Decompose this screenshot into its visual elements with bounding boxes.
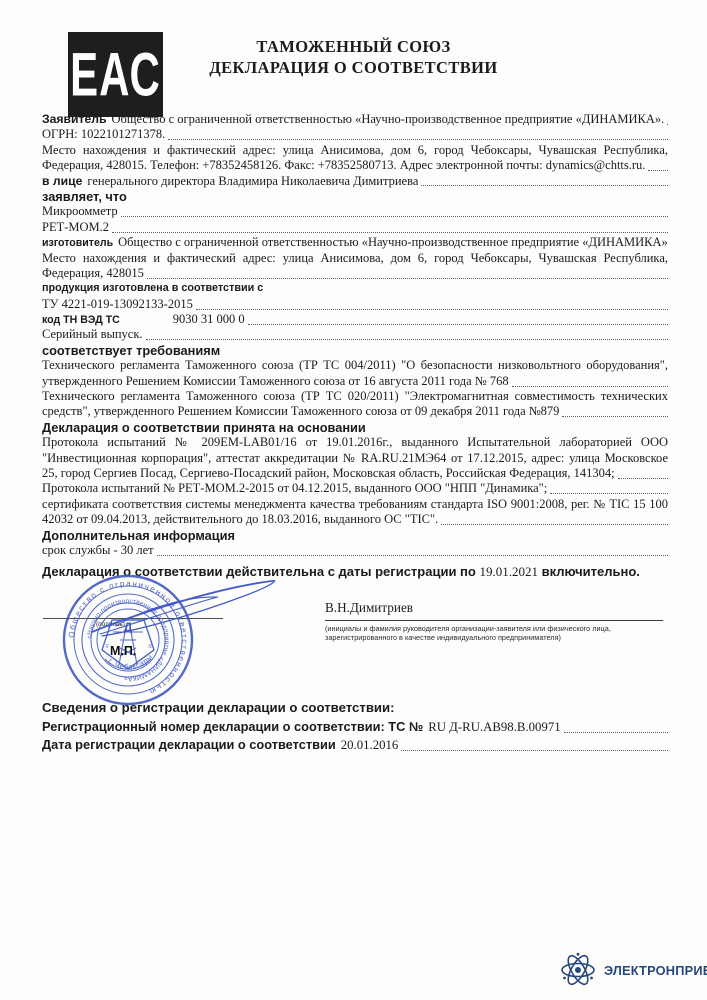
regulation2-text: средств", утвержденного Решением Комисси…	[42, 404, 559, 419]
address-value: Федерация, 428015. Телефон: +78352458126…	[42, 158, 645, 173]
dotted-fill	[618, 478, 668, 479]
manufacturer-address-value: Федерация, 428015	[42, 266, 144, 281]
validity-suffix: включительно.	[538, 564, 640, 579]
field-in-person: в лице генерального директора Владимира …	[42, 174, 668, 189]
basis1-line3: 25, город Сергиев Посад, Сергиево-Посадс…	[42, 466, 668, 481]
dotted-fill	[147, 278, 668, 279]
dotted-fill	[401, 750, 668, 751]
basis3-line1: сертификата соответствия системы менеджм…	[42, 497, 668, 512]
made-per-heading: продукция изготовлена в соответствии с	[42, 281, 668, 296]
ogrn-value: ОГРН: 1022101271378.	[42, 127, 165, 142]
field-service-life: срок службы - 30 лет	[42, 543, 668, 558]
applicant-value: Общество с ограниченной ответственностью…	[112, 112, 665, 127]
tnved-label: код ТН ВЭД ТС	[42, 313, 120, 328]
document-body: Заявитель Общество с ограниченной ответс…	[42, 112, 668, 580]
basis3-text: 42032 от 09.04.2013, действительного до …	[42, 512, 438, 527]
applicant-address-line1: Место нахождения и фактический адрес: ул…	[42, 143, 668, 158]
tnved-value: 9030 31 000 0	[173, 312, 245, 327]
registration-number-row: Регистрационный номер декларации о соотв…	[42, 719, 668, 735]
title-line-1: ТАМОЖЕННЫЙ СОЮЗ	[0, 36, 707, 57]
stamp-center-letter: Д	[124, 620, 133, 634]
in-person-label: в лице	[42, 174, 82, 189]
dotted-fill	[550, 493, 668, 494]
dotted-fill	[146, 339, 668, 340]
dotted-fill	[441, 524, 668, 525]
signature-line-right	[325, 620, 663, 621]
dotted-fill	[421, 185, 668, 186]
applicant-address-line2: Федерация, 428015. Телефон: +78352458126…	[42, 158, 668, 173]
registration-number-value: RU Д-RU.АВ98.В.00971	[428, 720, 560, 735]
head-name-caption: (инициалы и фамилия руководителя организ…	[325, 624, 673, 642]
service-life-value: срок службы - 30 лет	[42, 543, 154, 558]
complies-heading: соответствует требованиям	[42, 343, 668, 358]
field-tu: ТУ 4221-019-13092133-2015	[42, 297, 668, 312]
title-line-2: ДЕКЛАРАЦИЯ О СООТВЕТСТВИИ	[0, 57, 707, 78]
field-tnved: код ТН ВЭД ТС 9030 31 000 0	[42, 312, 668, 327]
dotted-fill	[248, 324, 668, 325]
in-person-value: генерального директора Владимира Николае…	[87, 174, 418, 189]
atom-icon	[556, 948, 600, 992]
brand-name: ЭЛЕКТРОНПРИБОР	[604, 963, 707, 978]
applicant-label: Заявитель	[42, 112, 107, 127]
manufacturer-label: изготовитель	[42, 236, 113, 251]
field-applicant: Заявитель Общество с ограниченной ответс…	[42, 112, 668, 127]
field-product-name: Микроомметр	[42, 204, 668, 219]
regulation1-line2: утвержденного Решением Комиссии Таможенн…	[42, 374, 668, 389]
field-serial: Серийный выпуск.	[42, 327, 668, 342]
regulation1-text: утвержденного Решением Комиссии Таможенн…	[42, 374, 509, 389]
dotted-fill	[564, 732, 668, 733]
dotted-fill	[168, 139, 668, 140]
dotted-fill	[648, 170, 668, 171]
regulation2-line1: Технического регламента Таможенного союз…	[42, 389, 668, 404]
product-name: Микроомметр	[42, 204, 118, 219]
basis1-line1: Протокола испытаний № 209EM-LAB01/16 от …	[42, 435, 668, 450]
field-ogrn: ОГРН: 1022101271378.	[42, 127, 668, 142]
serial-value: Серийный выпуск.	[42, 327, 143, 342]
regulation1-line1: Технического регламента Таможенного союз…	[42, 358, 668, 373]
dotted-fill	[667, 124, 668, 125]
tu-value: ТУ 4221-019-13092133-2015	[42, 297, 193, 312]
regulation2-line2: средств", утвержденного Решением Комисси…	[42, 404, 668, 419]
manufacturer-value: Общество с ограниченной ответственностью…	[118, 235, 668, 250]
electronpribor-brand: ЭЛЕКТРОНПРИБОР	[556, 948, 707, 992]
dotted-fill	[157, 555, 668, 556]
field-product-model: РЕТ-МОМ.2	[42, 220, 668, 235]
dotted-fill	[121, 216, 668, 217]
head-name: В.Н.Димитриев	[325, 600, 413, 616]
registration-heading: Сведения о регистрации декларации о соот…	[42, 700, 395, 715]
declaration-document: ЕАС ТАМОЖЕННЫЙ СОЮЗ ДЕКЛАРАЦИЯ О СООТВЕТ…	[0, 0, 707, 1000]
basis2-line: Протокола испытаний № РЕТ-МОМ.2-2015 от …	[42, 481, 668, 496]
basis-heading: Декларация о соответствии принята на осн…	[42, 420, 668, 435]
stamp-place-label: М.П.	[110, 644, 136, 658]
validity-date: 19.01.2021	[479, 564, 538, 579]
document-title: ТАМОЖЕННЫЙ СОЮЗ ДЕКЛАРАЦИЯ О СООТВЕТСТВИ…	[0, 36, 707, 78]
dotted-fill	[562, 416, 668, 417]
registration-date-row: Дата регистрации декларации о соответств…	[42, 737, 668, 753]
manufacturer-address-line1: Место нахождения и фактический адрес: ул…	[42, 251, 668, 266]
dotted-fill	[512, 386, 668, 387]
additional-info-heading: Дополнительная информация	[42, 528, 668, 543]
product-model: РЕТ-МОМ.2	[42, 220, 109, 235]
basis2-text: Протокола испытаний № РЕТ-МОМ.2-2015 от …	[42, 481, 547, 496]
dotted-fill	[112, 232, 668, 233]
manufacturer-address-line2: Федерация, 428015	[42, 266, 668, 281]
field-manufacturer: изготовитель Общество с ограниченной отв…	[42, 235, 668, 250]
registration-date-value: 20.01.2016	[341, 738, 399, 753]
basis3-line2: 42032 от 09.04.2013, действительного до …	[42, 512, 668, 527]
company-round-stamp: Общество с ограниченной ответственностью…	[55, 570, 201, 716]
stamp-tick-left: ≡	[105, 644, 109, 650]
basis1-text: 25, город Сергиев Посад, Сергиево-Посадс…	[42, 466, 615, 481]
basis1-line2: "Инвестиционная корпорация", аттестат ак…	[42, 451, 668, 466]
declares-heading: заявляет, что	[42, 189, 668, 204]
registration-number-label: Регистрационный номер декларации о соотв…	[42, 719, 423, 734]
registration-date-label: Дата регистрации декларации о соответств…	[42, 737, 336, 752]
dotted-fill	[196, 309, 668, 310]
stamp-tick-right: ≡	[148, 644, 152, 650]
